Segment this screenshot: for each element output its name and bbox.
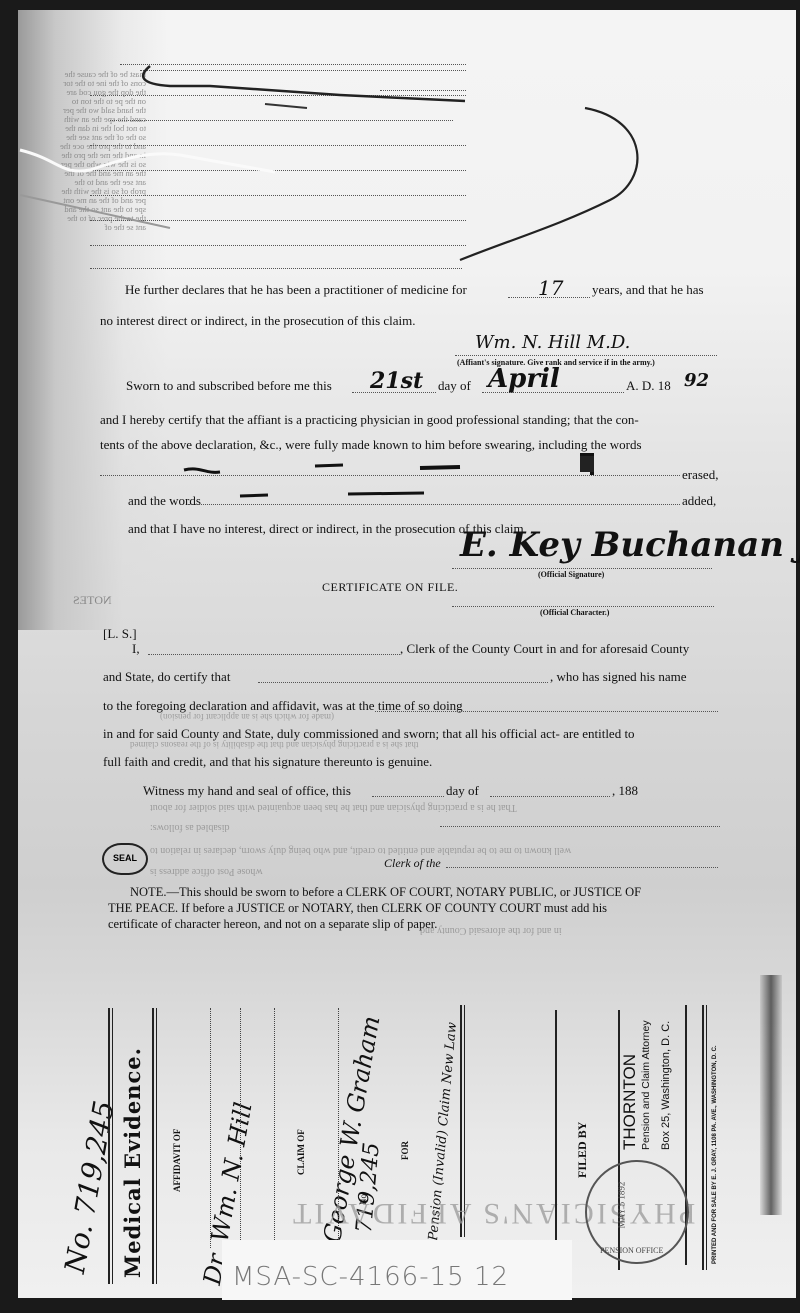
notes-mirrored: NOTES (73, 593, 112, 608)
mirrored-bleed-line: (made for which she is an applicant for … (160, 712, 334, 722)
mirrored-bleed-line-3: That he is a practicing physician and th… (150, 802, 517, 813)
note-line-1: NOTE.—This should be sworn to before a C… (130, 885, 641, 900)
stamp-text: PENSION OFFICE (600, 1246, 663, 1255)
added-prefix: and the words (128, 493, 201, 509)
filed-by-label: FILED BY (575, 1122, 590, 1178)
clerk-of-label: Clerk of the (384, 856, 441, 871)
note-line-2: THE PEACE. If before a JUSTICE or NOTARY… (108, 901, 607, 916)
cert-line-1-suffix: , Clerk of the County Court in and for a… (400, 641, 689, 657)
edge-smudge (760, 975, 782, 1215)
ls-label: [L. S.] (103, 626, 137, 642)
attorney-name: THORNTON (620, 1054, 640, 1150)
seal-emblem: SEAL (102, 843, 148, 875)
official-signature: E. Key Buchanan J.P. (460, 525, 800, 565)
printer-line: PRINTED AND FOR SALE BY E. J. GRAY, 1108… (712, 1045, 718, 1264)
cert-line-1-prefix: I, (132, 641, 140, 657)
added-label: added, (682, 493, 716, 509)
note-line-3: certificate of character hereon, and not… (108, 917, 437, 932)
mirrored-bleed-line-4: disabled as follows: (150, 822, 229, 833)
erased-words-marks (0, 0, 800, 520)
cert-line-2-prefix: and State, do certify that (103, 669, 230, 685)
claim-of-label: CLAIM OF (296, 1129, 306, 1175)
attorney-title: Pension and Claim Attorney (640, 1020, 652, 1150)
for-label: FOR (400, 1141, 410, 1160)
mirrored-bleed-line-7: in and for the aforesaid County and (420, 925, 562, 936)
witness-day-of: day of (446, 783, 479, 799)
official-signature-caption: (Official Signature) (538, 570, 604, 579)
witness-year: , 188 (612, 783, 638, 799)
erased-label: erased, (682, 467, 718, 483)
endorsement-heading: Medical Evidence. (120, 1047, 145, 1278)
mirrored-bleed-line-6: whose Post office address is (150, 866, 263, 877)
mirrored-bleed-line-2: that she is a practicing physician and t… (130, 740, 418, 750)
mirrored-bleed-line-5: well known to me to be reputable and ent… (150, 845, 571, 856)
cert-line-2-suffix: , who has signed his name (550, 669, 686, 685)
official-character-caption: (Official Character.) (540, 608, 609, 617)
affidavit-of-label: AFFIDAVIT OF (172, 1129, 182, 1192)
archive-label: MSA-SC-4166-15 12 (232, 1262, 509, 1292)
attorney-address: Box 25, Washington, D. C. (660, 1021, 672, 1150)
witness-prefix: Witness my hand and seal of office, this (143, 783, 351, 799)
certificate-title: CERTIFICATE ON FILE. (322, 580, 458, 595)
cert-line-5: full faith and credit, and that his sign… (103, 754, 432, 770)
stamp-date: MAY 5 1892 (616, 1182, 626, 1229)
